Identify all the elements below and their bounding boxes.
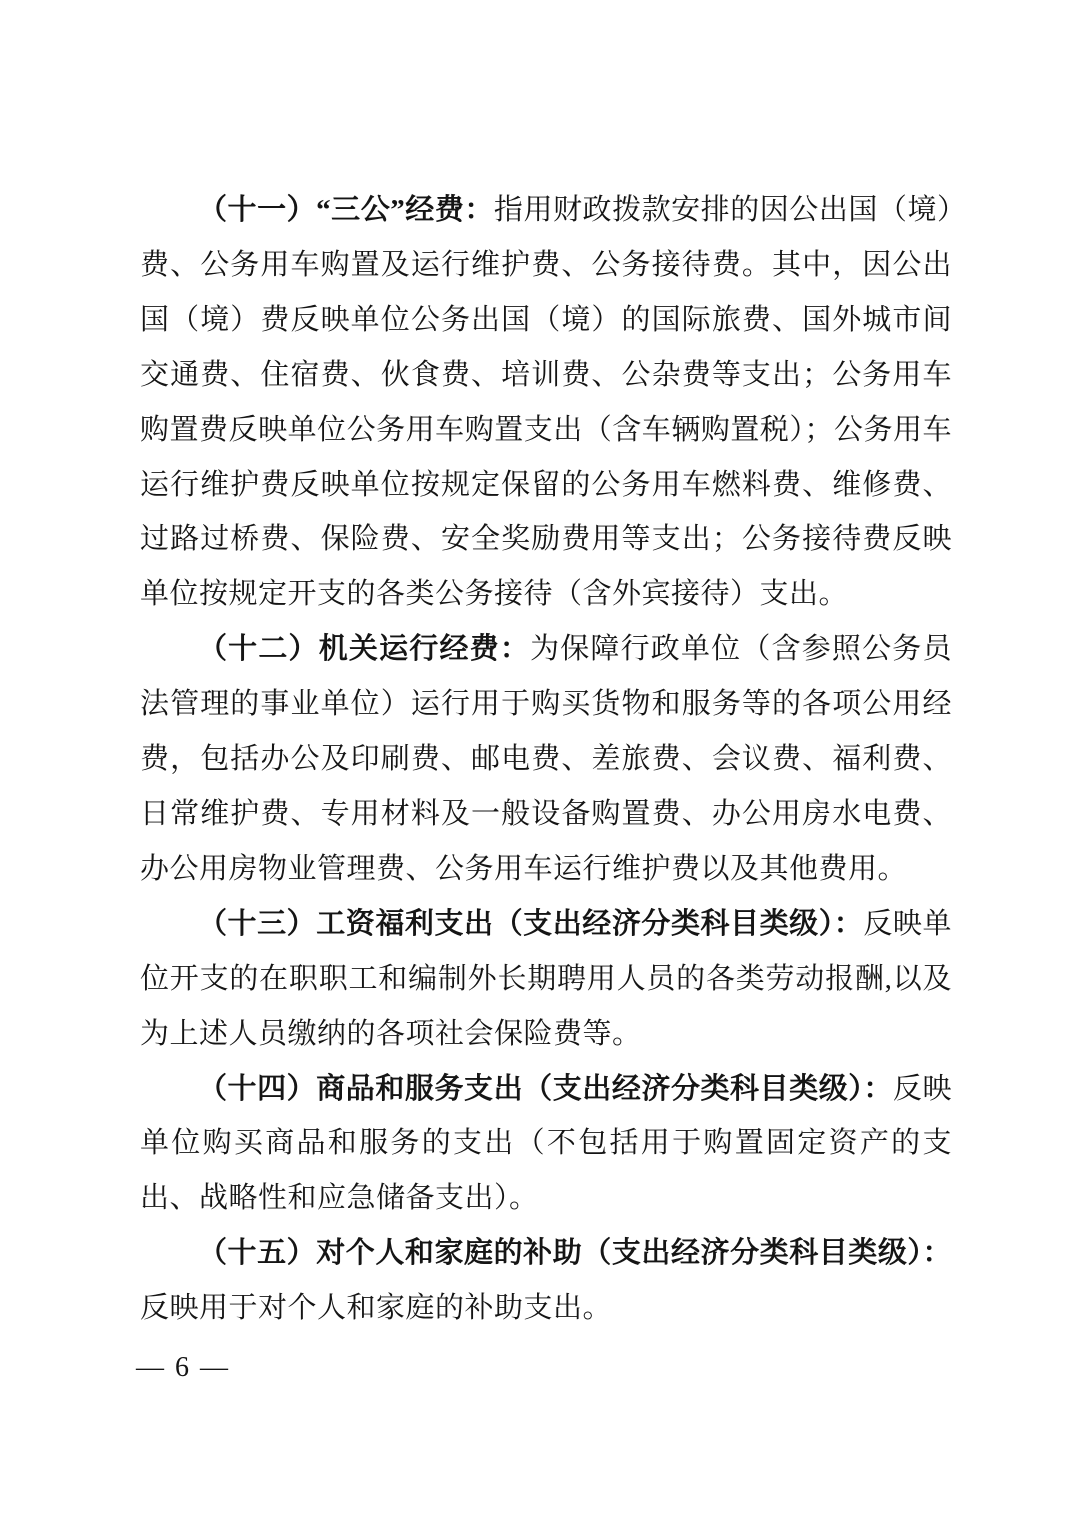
paragraph-term-15: （十五）对个人和家庭的补助（支出经济分类科目类级）：反映用于对个人和家庭的补助支… <box>140 1226 952 1336</box>
paragraph-term-12: （十二）机关运行经费：为保障行政单位（含参照公务员法管理的事业单位）运行用于购买… <box>140 622 952 897</box>
paragraph-term-11: （十一）“三公”经费：指用财政拨款安排的因公出国（境）费、公务用车购置及运行维护… <box>140 183 952 622</box>
paragraph-text: 反映用于对个人和家庭的补助支出。 <box>140 1292 612 1324</box>
paragraph-term-13: （十三）工资福利支出（支出经济分类科目类级）：反映单位开支的在职职工和编制外长期… <box>140 897 952 1062</box>
paragraph-lead: （十五）对个人和家庭的补助（支出经济分类科目类级）： <box>198 1237 952 1269</box>
paragraph-lead: （十四）商品和服务支出（支出经济分类科目类级）： <box>198 1073 893 1105</box>
page-number: — 6 — <box>136 1352 230 1383</box>
document-body: （十一）“三公”经费：指用财政拨款安排的因公出国（境）费、公务用车购置及运行维护… <box>140 183 952 1336</box>
paragraph-term-14: （十四）商品和服务支出（支出经济分类科目类级）：反映单位购买商品和服务的支出（不… <box>140 1062 952 1227</box>
paragraph-lead: （十二）机关运行经费： <box>198 633 530 665</box>
paragraph-text: 为保障行政单位（含参照公务员法管理的事业单位）运行用于购买货物和服务等的各项公用… <box>140 633 952 885</box>
document-page: （十一）“三公”经费：指用财政拨款安排的因公出国（境）费、公务用车购置及运行维护… <box>0 0 1074 1520</box>
paragraph-lead: （十一）“三公”经费： <box>198 194 494 226</box>
paragraph-lead: （十三）工资福利支出（支出经济分类科目类级）： <box>198 908 863 940</box>
page-footer: — 6 — <box>136 1350 230 1386</box>
paragraph-text: 指用财政拨款安排的因公出国（境）费、公务用车购置及运行维护费、公务接待费。其中，… <box>140 194 952 610</box>
